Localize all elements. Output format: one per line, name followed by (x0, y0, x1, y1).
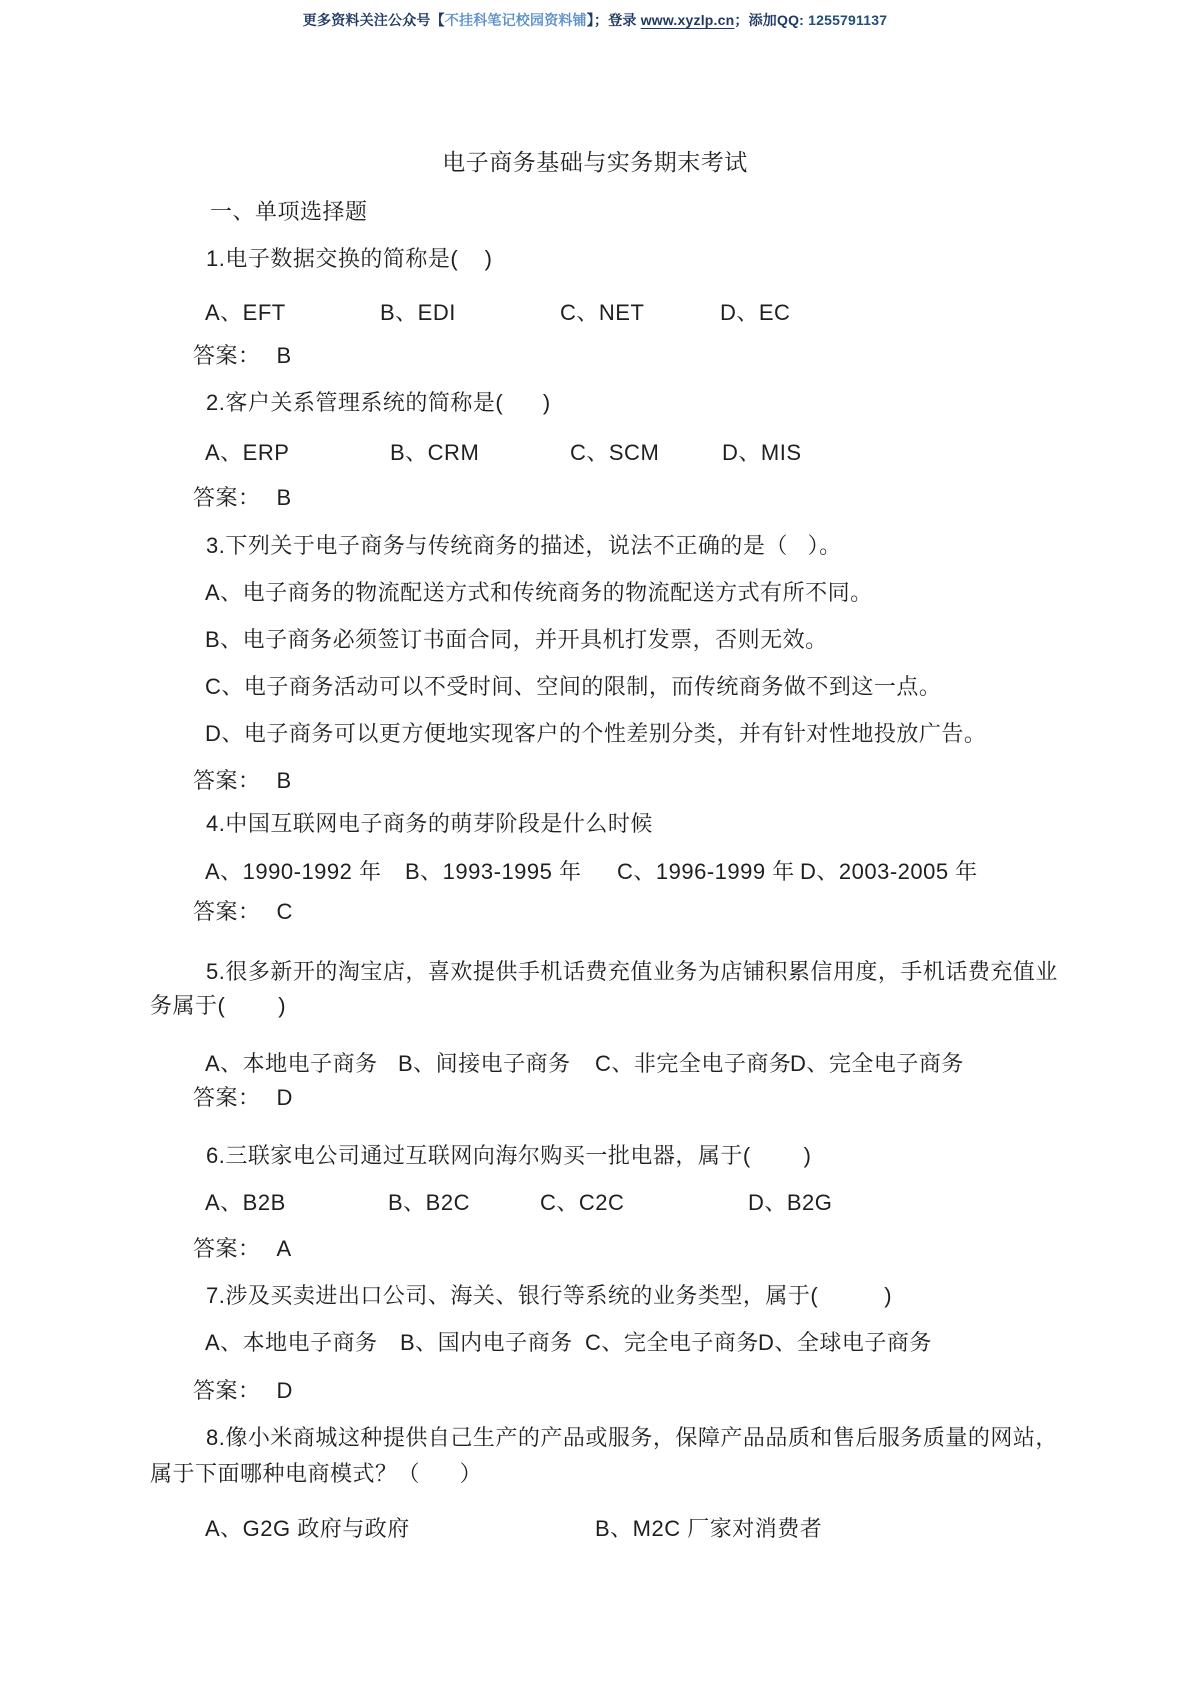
option-d: D、EC (720, 297, 790, 329)
question-text: 4.中国互联网电子商务的萌芽阶段是什么时候 (150, 808, 1040, 840)
question-block: 3.下列关于电子商务与传统商务的描述，说法不正确的是（ ）。A、电子商务的物流配… (150, 530, 1040, 797)
option-a: A、电子商务的物流配送方式和传统商务的物流配送方式有所不同。 (150, 577, 1040, 609)
option-c: C、1996-1999 年 (617, 856, 800, 888)
option-c: C、C2C (540, 1187, 748, 1219)
options-row: A、ERPB、CRMC、SCMD、MIS (150, 437, 1040, 469)
promo-prefix-text: 更多资料关注公众号【 (303, 12, 445, 28)
options-row: A、1990-1992 年B、1993-1995 年C、1996-1999 年D… (150, 856, 1040, 888)
option-c: C、非完全电子商务 (595, 1048, 790, 1080)
answer-line: 答案：B (150, 482, 1040, 514)
option-b: B、EDI (380, 297, 560, 329)
answer-value: B (277, 768, 292, 793)
option-b: B、间接电子商务 (398, 1048, 595, 1080)
option-d: D、电子商务可以更方便地实现客户的个性差别分类，并有针对性地投放广告。 (150, 718, 1040, 750)
option-a: A、G2G 政府与政府 (205, 1513, 595, 1545)
options-row: A、B2BB、B2CC、C2CD、B2G (150, 1187, 1040, 1219)
exam-document-page: 更多资料关注公众号【不挂科笔记校园资料铺】；登录 www.xyzlp.cn；添加… (0, 0, 1190, 1683)
answer-value: A (277, 1236, 292, 1261)
option-a: A、本地电子商务 (205, 1048, 398, 1080)
option-a: A、EFT (205, 297, 380, 329)
option-b: B、1993-1995 年 (405, 856, 617, 888)
document-title: 电子商务基础与实务期末考试 (150, 146, 1040, 178)
answer-value: B (277, 343, 292, 368)
options-row: A、本地电子商务B、国内电子商务C、完全电子商务D、全球电子商务 (150, 1327, 1040, 1359)
answer-label: 答案： (193, 768, 261, 793)
answer-value: B (277, 485, 292, 510)
option-d: D、完全电子商务 (790, 1048, 964, 1080)
question-text: 8.像小米商城这种提供自己生产的产品或服务，保障产品品质和售后服务质量的网站， (150, 1422, 1040, 1454)
answer-line: 答案：B (150, 340, 1040, 372)
option-d: D、MIS (722, 437, 802, 469)
option-b: B、M2C 厂家对消费者 (595, 1513, 822, 1545)
option-b: B、CRM (390, 437, 570, 469)
question-block: 2.客户关系管理系统的简称是( )A、ERPB、CRMC、SCMD、MIS答案：… (150, 387, 1040, 514)
question-text: 1.电子数据交换的简称是( ) (150, 243, 1040, 275)
option-a: A、ERP (205, 437, 390, 469)
option-a: A、1990-1992 年 (205, 856, 405, 888)
option-d: D、2003-2005 年 (800, 856, 978, 888)
answer-label: 答案： (193, 1378, 261, 1403)
answer-label: 答案： (193, 343, 261, 368)
option-a: A、本地电子商务 (205, 1327, 400, 1359)
option-b: B、B2C (388, 1187, 540, 1219)
option-c: C、NET (560, 297, 720, 329)
answer-value: D (277, 1085, 293, 1110)
answer-label: 答案： (193, 1085, 261, 1110)
option-c: C、完全电子商务 (585, 1327, 758, 1359)
shop-name-text: 不挂科笔记校园资料铺 (445, 12, 587, 28)
qq-number-text: 1255791137 (808, 12, 887, 28)
answer-label: 答案： (193, 1236, 261, 1261)
login-url-link[interactable]: www.xyzlp.cn (641, 12, 735, 28)
option-c: C、SCM (570, 437, 722, 469)
options-row: A、本地电子商务B、间接电子商务C、非完全电子商务D、完全电子商务 (150, 1048, 1040, 1080)
question-text: 3.下列关于电子商务与传统商务的描述，说法不正确的是（ ）。 (150, 530, 1040, 562)
question-text: 2.客户关系管理系统的简称是( ) (150, 387, 1040, 419)
question-block: 7.涉及买卖进出口公司、海关、银行等系统的业务类型，属于( )A、本地电子商务B… (150, 1280, 1040, 1407)
login-label-text: 】；登录 (587, 12, 641, 28)
answer-value: C (277, 899, 293, 924)
option-c: C、电子商务活动可以不受时间、空间的限制，而传统商务做不到这一点。 (150, 671, 1040, 703)
question-block: 6.三联家电公司通过互联网向海尔购买一批电器，属于( )A、B2BB、B2CC、… (150, 1140, 1040, 1265)
question-block: 1.电子数据交换的简称是( )A、EFTB、EDIC、NETD、EC答案：B (150, 243, 1040, 372)
option-b: B、国内电子商务 (400, 1327, 585, 1359)
question-text: 6.三联家电公司通过互联网向海尔购买一批电器，属于( ) (150, 1140, 1040, 1172)
answer-label: 答案： (193, 485, 261, 510)
question-text: 属于下面哪种电商模式？（ ） (150, 1458, 1040, 1490)
question-text: 7.涉及买卖进出口公司、海关、银行等系统的业务类型，属于( ) (150, 1280, 1040, 1312)
answer-line: 答案：D (150, 1375, 1040, 1407)
options-row: A、G2G 政府与政府B、M2C 厂家对消费者 (150, 1513, 1040, 1545)
question-block: 4.中国互联网电子商务的萌芽阶段是什么时候A、1990-1992 年B、1993… (150, 808, 1040, 928)
option-d: D、全球电子商务 (758, 1327, 932, 1359)
question-text: 5.很多新开的淘宝店，喜欢提供手机话费充值业务为店铺积累信用度，手机话费充值业 (150, 956, 1040, 988)
question-list: 1.电子数据交换的简称是( )A、EFTB、EDIC、NETD、EC答案：B2.… (150, 243, 1040, 1545)
answer-line: 答案：A (150, 1233, 1040, 1265)
question-block: 5.很多新开的淘宝店，喜欢提供手机话费充值业务为店铺积累信用度，手机话费充值业务… (150, 956, 1040, 1114)
qq-label-text: ；添加QQ: (734, 12, 808, 28)
promo-header: 更多资料关注公众号【不挂科笔记校园资料铺】；登录 www.xyzlp.cn；添加… (0, 10, 1190, 30)
option-a: A、B2B (205, 1187, 388, 1219)
answer-line: 答案：D (150, 1082, 1040, 1114)
answer-label: 答案： (193, 899, 261, 924)
answer-line: 答案：B (150, 765, 1040, 797)
option-b: B、电子商务必须签订书面合同，并开具机打发票，否则无效。 (150, 624, 1040, 656)
exam-body: 电子商务基础与实务期末考试 一、单项选择题 1.电子数据交换的简称是( )A、E… (150, 146, 1040, 1545)
options-row: A、EFTB、EDIC、NETD、EC (150, 297, 1040, 329)
answer-line: 答案：C (150, 896, 1040, 928)
question-block: 8.像小米商城这种提供自己生产的产品或服务，保障产品品质和售后服务质量的网站，属… (150, 1422, 1040, 1545)
section-heading: 一、单项选择题 (150, 196, 1040, 228)
option-d: D、B2G (748, 1187, 832, 1219)
answer-value: D (277, 1378, 293, 1403)
question-text: 务属于( ) (150, 990, 1040, 1022)
